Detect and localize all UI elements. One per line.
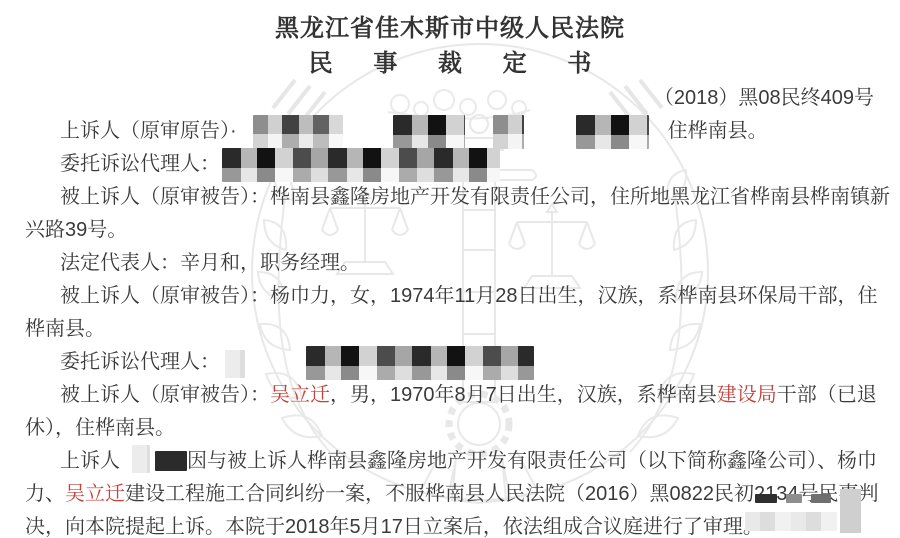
case-number: （2018）黑08民终409号 (0, 83, 900, 113)
redaction-mosaic (393, 115, 465, 149)
document-line: 法定代表人：辛月和，职务经理。 (0, 247, 900, 280)
redaction-mosaic (132, 445, 150, 473)
highlighted-name: 吴立迁 (65, 478, 125, 511)
redaction-mosaic (493, 115, 524, 149)
document-content: 黑龙江省佳木斯市中级人民法院 民 事 裁 定 书 （2018）黑08民终409号… (0, 0, 900, 538)
redaction-block (745, 512, 837, 531)
document-line: 被上诉人（原审被告）：桦南县鑫隆房地产开发有限责任公司，住所地黑龙江省桦南县桦南… (0, 181, 900, 214)
document-body: 上诉人（原审原告）·住桦南县。委托诉讼代理人：被上诉人（原审被告）：桦南县鑫隆房… (0, 115, 900, 538)
text-run: 力、 (25, 478, 65, 511)
highlighted-name: 建设局 (717, 379, 777, 412)
document-line: 休），住桦南县。 (0, 412, 900, 445)
redaction-mosaic (253, 115, 343, 149)
text-run: 被上诉人（原审被告）：桦南县鑫隆房地产开发有限责任公司，住所地黑龙江省桦南县桦南… (60, 181, 890, 214)
redaction-block (840, 489, 861, 533)
text-run: 住桦南县。 (668, 115, 768, 148)
text-run: 法定代表人：辛月和，职务经理。 (60, 247, 360, 280)
text-run: 被上诉人（原审被告）： (60, 379, 270, 412)
redaction-mosaic (576, 115, 649, 149)
text-run: ，男，1970年8月7日出生，汉族，系桦南县 (330, 379, 717, 412)
text-run: 休），住桦南县。 (25, 412, 175, 445)
text-run: 委托诉讼代理人： (60, 346, 220, 379)
redaction-dash (755, 494, 777, 503)
text-run: 决，向本院提起上诉。本院于2018年5月17日立案后，依法组成合议庭进行了审理。 (25, 511, 763, 538)
document-line: 被上诉人（原审被告）：杨巾力，女，1974年11月28日出生，汉族，系桦南县环保… (0, 280, 900, 313)
court-name-title: 黑龙江省佳木斯市中级人民法院 (0, 13, 900, 45)
redaction-mosaic (225, 350, 245, 378)
document-line: 被上诉人（原审被告）：吴立迁，男，1970年8月7日出生，汉族，系桦南县建设局干… (0, 379, 900, 412)
document-line: 委托诉讼代理人： (0, 346, 900, 379)
text-run: 上诉人 (60, 445, 120, 478)
text-run: 兴路39号。 (25, 214, 127, 247)
redaction-dash (786, 494, 802, 503)
document-line: 上诉人（原审原告）·住桦南县。 (0, 115, 900, 148)
text-run: 委托诉讼代理人： (60, 148, 220, 181)
redaction-mosaic (222, 148, 500, 182)
document-line: 上诉人因与被上诉人桦南县鑫隆房地产开发有限责任公司（以下简称鑫隆公司）、杨巾 (0, 445, 900, 478)
civil-ruling-document-page: 黑龙江省佳木斯市中级人民法院 民 事 裁 定 书 （2018）黑08民终409号… (0, 0, 900, 538)
text-run: 干部（已退 (777, 379, 877, 412)
document-type-title: 民 事 裁 定 书 (0, 48, 900, 79)
document-line: 桦南县。 (0, 313, 900, 346)
document-line: 委托诉讼代理人： (0, 148, 900, 181)
text-run: 上诉人（原审原告）· (60, 115, 237, 148)
redaction-mosaic (155, 451, 187, 471)
text-run: 桦南县。 (25, 313, 105, 346)
text-run: 因与被上诉人桦南县鑫隆房地产开发有限责任公司（以下简称鑫隆公司）、杨巾 (187, 445, 877, 478)
document-line: 兴路39号。 (0, 214, 900, 247)
redaction-mosaic-tail (745, 489, 865, 535)
redaction-mosaic (306, 346, 534, 380)
redaction-dash (811, 494, 831, 503)
text-run: 被上诉人（原审被告）：杨巾力，女，1974年11月28日出生，汉族，系桦南县环保… (60, 280, 878, 313)
highlighted-name: 吴立迁 (270, 379, 330, 412)
